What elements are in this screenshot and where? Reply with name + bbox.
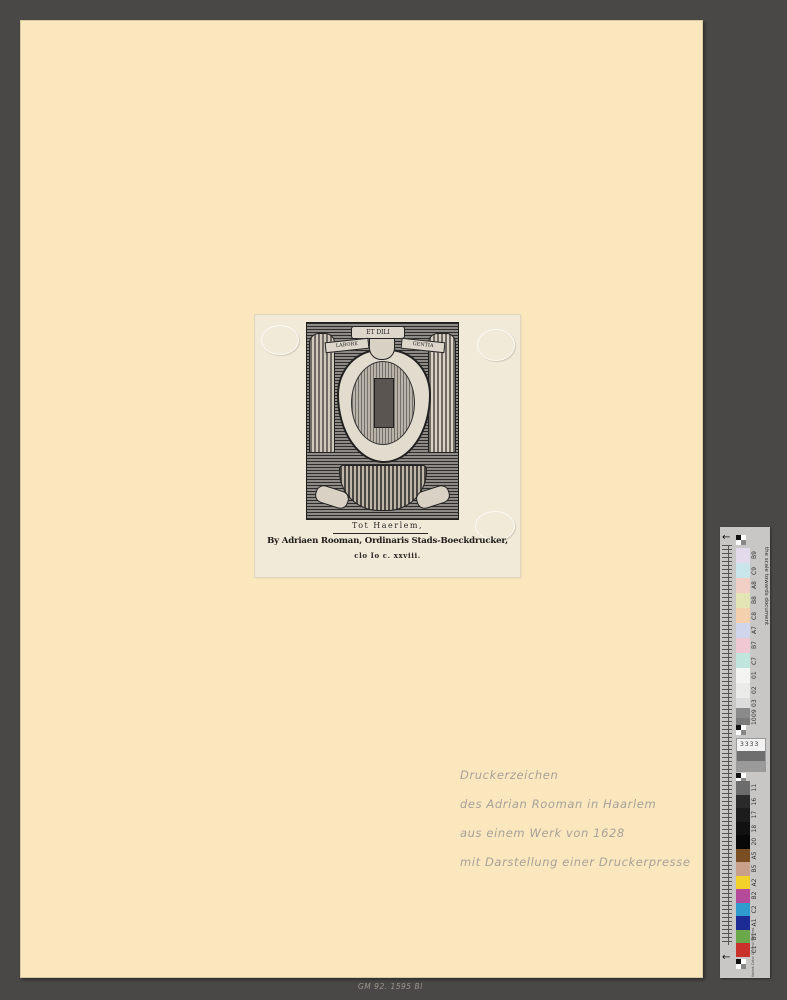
color-patch-18 (736, 822, 750, 836)
patch-label: 11 (751, 781, 761, 795)
emboss-mark (261, 325, 299, 355)
black-white-square (736, 535, 746, 545)
patch-label: 16 (751, 795, 761, 809)
color-patch-a5 (736, 849, 750, 863)
patch-label: 20 (751, 835, 761, 849)
patch-label: B2 (751, 889, 761, 903)
gray-band (737, 751, 765, 761)
handwritten-note: Druckerzeichen des Adrian Rooman in Haar… (460, 765, 710, 881)
color-patch-a2 (736, 876, 750, 890)
arrow-left-icon: ← (722, 953, 730, 963)
patch-label: 01 (751, 668, 761, 683)
patch-label: A1 (751, 916, 761, 930)
note-line: Druckerzeichen (460, 765, 710, 794)
color-patch-20 (736, 835, 750, 849)
color-patch-b2 (736, 889, 750, 903)
color-patch-b5 (736, 862, 750, 876)
patch-label: A2 (751, 876, 761, 890)
color-patch-c2 (736, 903, 750, 917)
color-patch-c9 (736, 563, 750, 578)
patch-label: B7 (751, 638, 761, 653)
color-patch-b8 (736, 593, 750, 608)
patch-label: A7 (751, 623, 761, 638)
haarlem-crest (369, 336, 395, 360)
printing-press-icon (374, 378, 394, 428)
patch-label: 02 (751, 683, 761, 698)
gray-band (737, 761, 765, 771)
printing-press-scene (351, 361, 415, 445)
patch-label: B5 (751, 862, 761, 876)
patch-label: A8 (751, 578, 761, 593)
color-patch-02 (736, 683, 750, 698)
black-white-square (736, 959, 746, 969)
color-patch-c1 (736, 943, 750, 957)
patch-label: C1 (751, 943, 761, 957)
color-patch-b9 (736, 548, 750, 563)
patch-label: 10 (751, 718, 761, 725)
color-patch-11 (736, 781, 750, 795)
color-patch-a8 (736, 578, 750, 593)
inventory-number: GM 92. 1595 Bl (358, 982, 423, 991)
emboss-mark (477, 329, 515, 361)
black-white-square (736, 725, 746, 735)
note-line: mit Darstellung einer Druckerpresse (460, 852, 710, 881)
patch-label: 18 (751, 822, 761, 836)
color-patch-a7 (736, 623, 750, 638)
patch-label: C2 (751, 903, 761, 917)
color-patch-b7 (736, 638, 750, 653)
caption-place: Tot Haerlem, (255, 521, 520, 530)
patch-label: 17 (751, 808, 761, 822)
color-patch-01 (736, 668, 750, 683)
arrow-left-icon: ← (722, 533, 730, 543)
gray-card-label: 3333 (740, 741, 759, 748)
color-patch-10 (736, 718, 750, 725)
patch-label: 03 (751, 698, 761, 708)
note-line: des Adrian Rooman in Haarlem (460, 794, 710, 823)
color-calibration-scale: ← the scale towards document 3333 Kodak … (720, 527, 770, 978)
color-patch-03 (736, 698, 750, 708)
print-mount: ET DILI LABORE GENTIA Tot Haerlem, By Ad… (255, 315, 520, 577)
banner-top: ET DILI (351, 326, 405, 339)
ruler-ticks (722, 545, 736, 945)
caption-printer: By Adriaen Rooman, Ordinaris Stads-Boeck… (255, 536, 520, 546)
color-patch-a1 (736, 916, 750, 930)
color-patch-16 (736, 795, 750, 809)
gray-card: 3333 (736, 738, 766, 772)
patch-label: B1 (751, 930, 761, 944)
color-patch-b1 (736, 930, 750, 944)
caption-divider (333, 533, 428, 534)
color-patch-09 (736, 708, 750, 718)
color-patch-17 (736, 808, 750, 822)
mounting-board: ET DILI LABORE GENTIA Tot Haerlem, By Ad… (20, 20, 703, 978)
patch-label: A5 (751, 849, 761, 863)
patch-label: B8 (751, 593, 761, 608)
patch-label: C8 (751, 608, 761, 623)
scale-side-text: the scale towards document (761, 547, 769, 667)
printers-mark-woodcut: ET DILI LABORE GENTIA (306, 322, 459, 520)
note-line: aus einem Werk von 1628 (460, 823, 710, 852)
patch-label: B9 (751, 548, 761, 563)
patch-label: C7 (751, 653, 761, 668)
color-patch-c7 (736, 653, 750, 668)
color-patch-c8 (736, 608, 750, 623)
caption-date: clo Io c. xxviii. (255, 551, 520, 560)
patch-label: C9 (751, 563, 761, 578)
